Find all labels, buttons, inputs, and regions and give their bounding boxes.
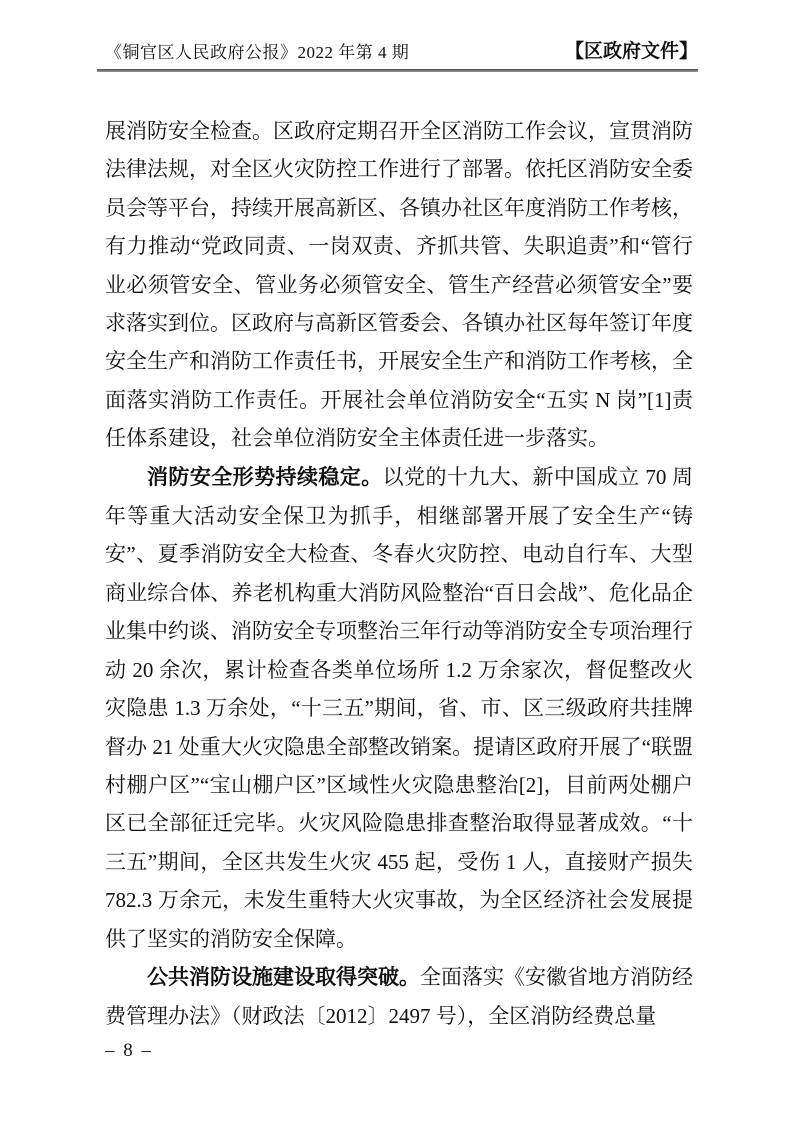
gazette-page: 《铜官区人民政府公报》2022 年第 4 期 【区政府文件】 展消防安全检查。区… (0, 0, 794, 1122)
page-footer: – 8 – (105, 1040, 153, 1062)
page-number: – 8 – (105, 1040, 153, 1061)
paragraph: 公共消防设施建设取得突破。全面落实《安徽省地方消防经费管理办法》（财政法〔201… (105, 958, 693, 1036)
paragraph-text: 展消防安全检查。区政府定期召开全区消防工作会议，宣贯消防法律法规，对全区火灾防控… (105, 119, 693, 450)
paragraph-text: 以党的十九大、新中国成立 70 周年等重大活动安全保卫为抓手，相继部署开展了安全… (105, 465, 693, 951)
page-header: 《铜官区人民政府公报》2022 年第 4 期 【区政府文件】 (105, 36, 698, 63)
section-label: 【区政府文件】 (565, 36, 698, 63)
paragraph: 展消防安全检查。区政府定期召开全区消防工作会议，宣贯消防法律法规，对全区火灾防控… (105, 112, 693, 458)
document-body: 展消防安全检查。区政府定期召开全区消防工作会议，宣贯消防法律法规，对全区火灾防控… (105, 112, 693, 1036)
publication-title: 《铜官区人民政府公报》2022 年第 4 期 (105, 38, 409, 63)
paragraph-lead: 消防安全形势持续稳定。 (147, 466, 383, 489)
paragraph-lead: 公共消防设施建设取得突破。 (147, 966, 420, 989)
header-rule (97, 69, 698, 72)
paragraph: 消防安全形势持续稳定。以党的十九大、新中国成立 70 周年等重大活动安全保卫为抓… (105, 458, 693, 958)
